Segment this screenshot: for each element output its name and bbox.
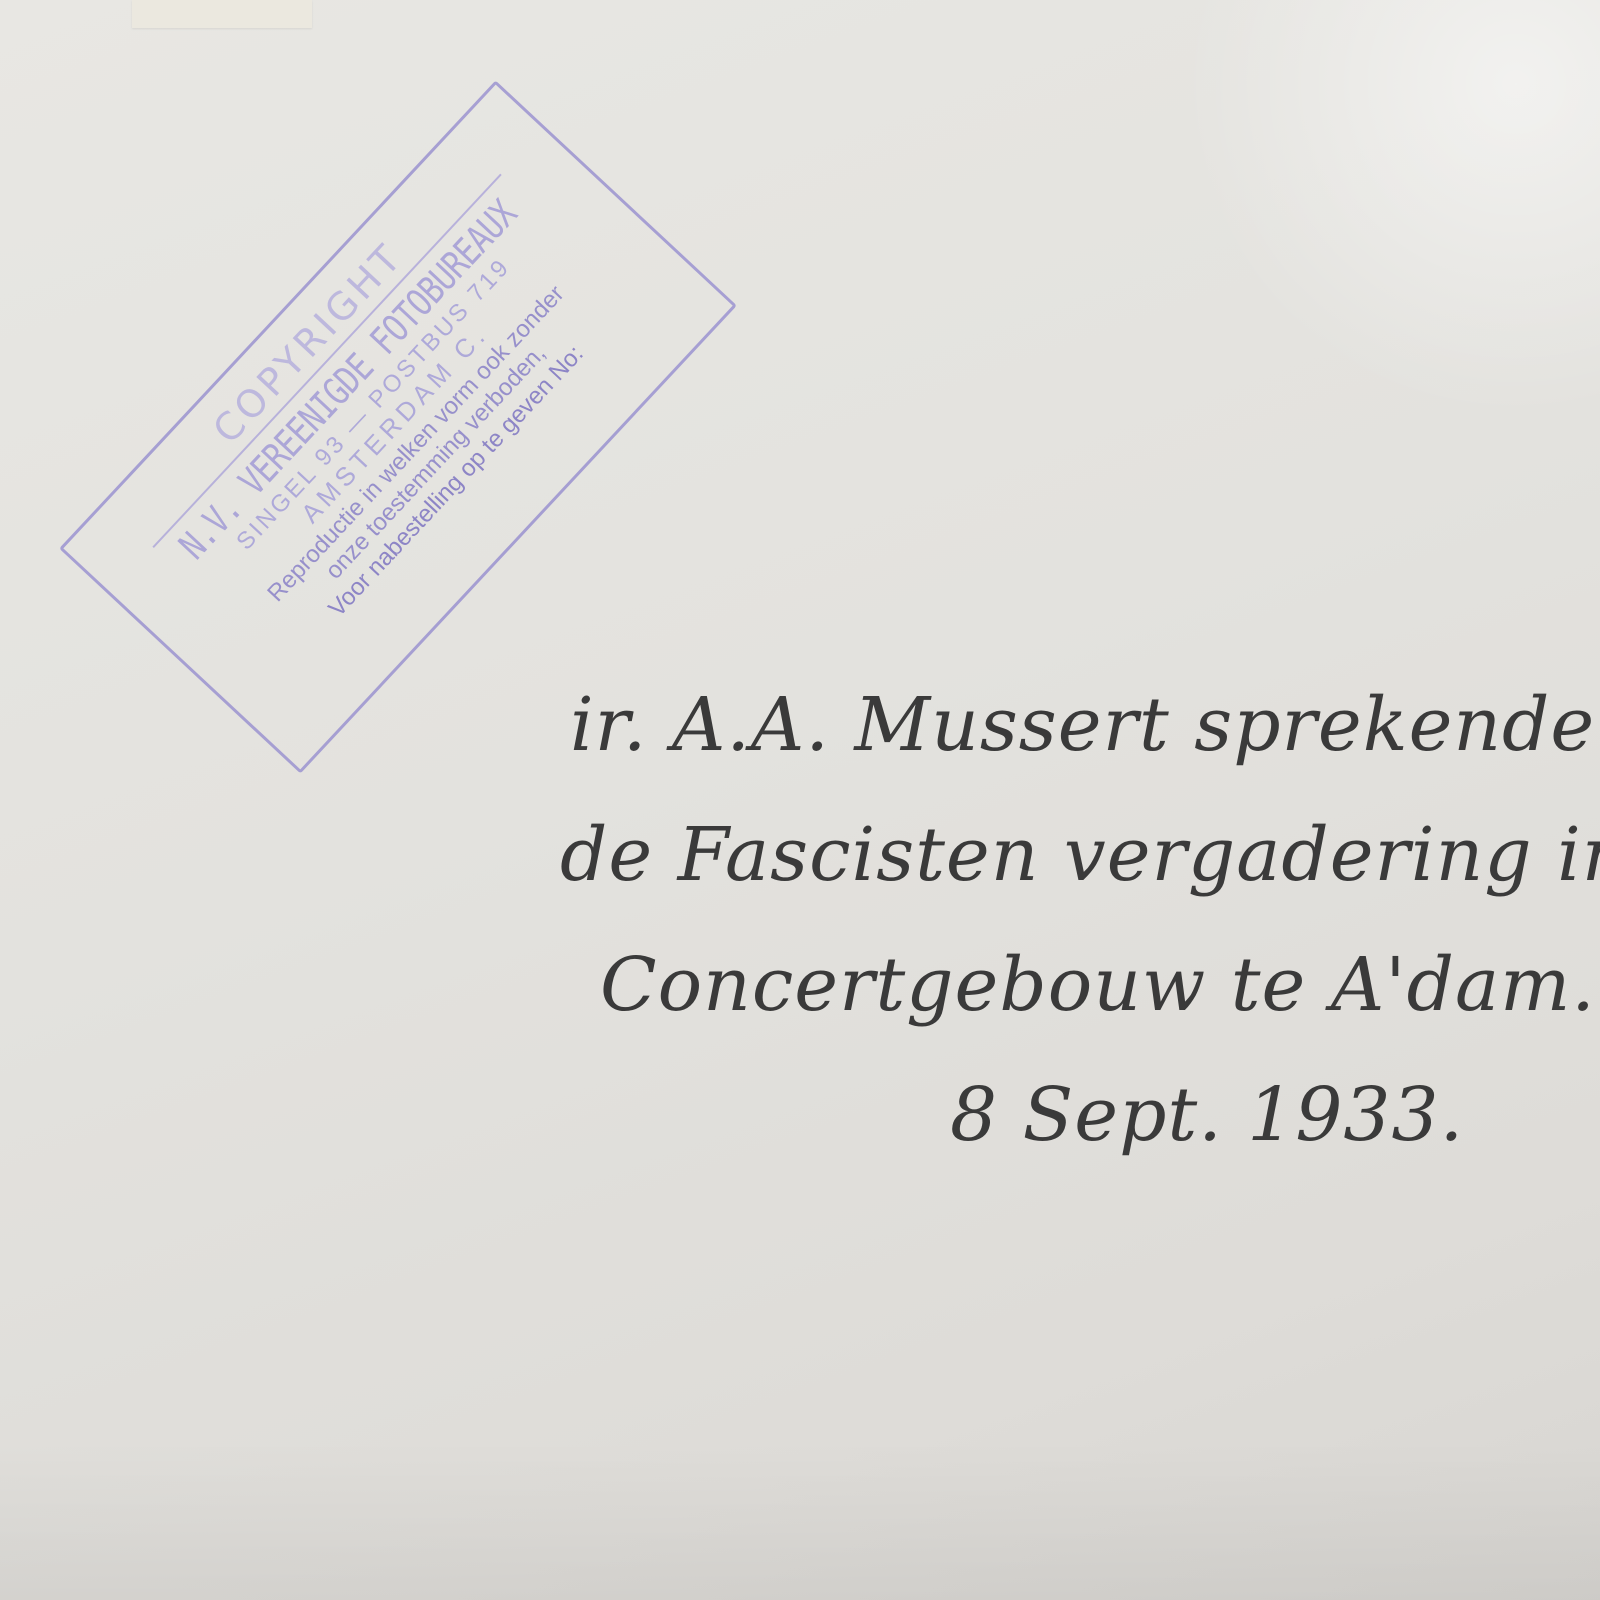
handwritten-caption: ir. A.A. Mussert sprekende op de Fascist… <box>560 660 1580 1180</box>
light-glare <box>1180 0 1600 420</box>
photo-verso: COPYRIGHT N.V. VEREENIGDE FOTOBUREAUX SI… <box>0 0 1600 1600</box>
caption-line-2: de Fascisten vergadering in het <box>560 790 1580 920</box>
edge-shadow <box>0 1440 1600 1600</box>
caption-date: 8 Sept. 1933. <box>950 1050 1580 1180</box>
caption-line-1: ir. A.A. Mussert sprekende op <box>570 660 1580 790</box>
tape-remnant <box>132 0 312 28</box>
caption-line-3: Concertgebouw te A'dam. <box>600 920 1580 1050</box>
